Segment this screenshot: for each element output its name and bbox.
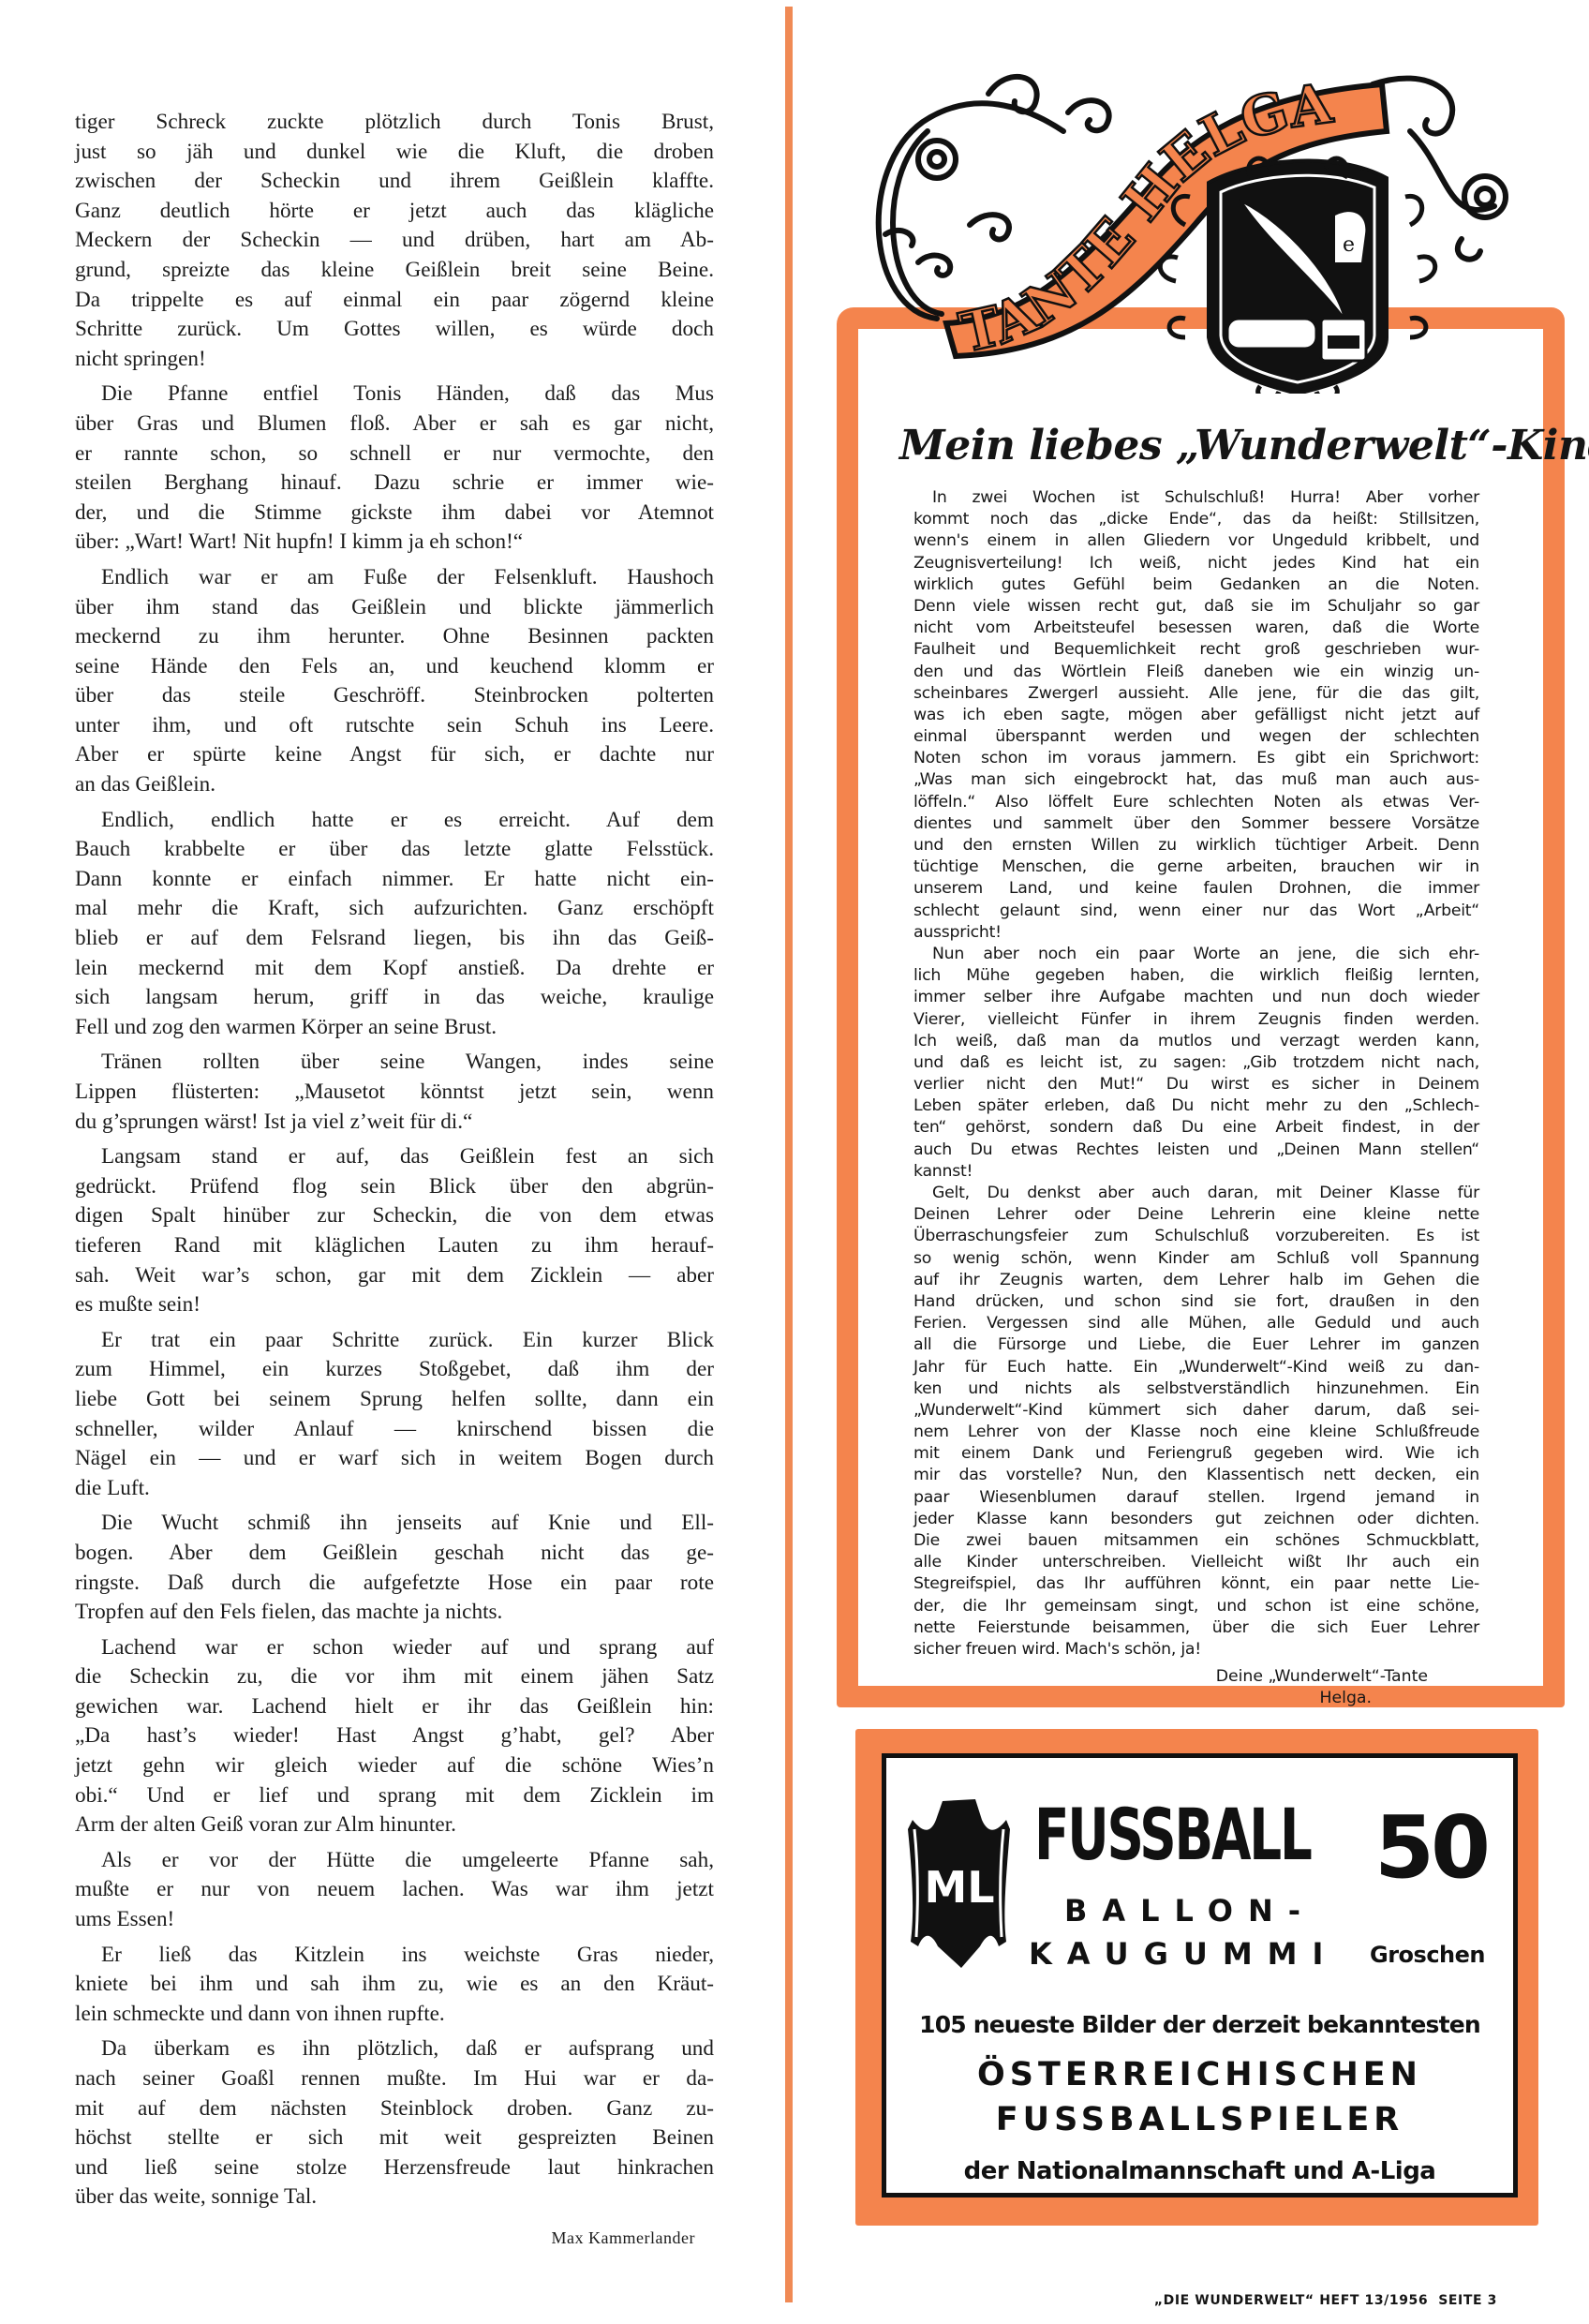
text-line: lein schmeckte und dann von ihnen rupfte… xyxy=(75,2000,714,2030)
text-line: all die Fürsorge und Liebe, die Euer Leh… xyxy=(913,1334,1479,1356)
text-line: die Luft. xyxy=(75,1474,714,1504)
text-line: Denn viele wissen recht gut, daß sie im … xyxy=(913,596,1479,618)
text-line: mit einem Dank und Feriengruß gegeben wi… xyxy=(913,1443,1479,1465)
paragraph: Lachend war er schon wieder auf und spra… xyxy=(75,1633,714,1840)
text-line: die Scheckin zu, die vor ihm mit einem j… xyxy=(75,1662,714,1692)
text-line: jeder Klasse kann besonders gut zeichnen… xyxy=(913,1509,1479,1530)
text-line: verlier nicht den Mut!“ Du wirst es sich… xyxy=(913,1074,1479,1095)
text-line: Da überkam es ihn plötzlich, daß er aufs… xyxy=(75,2034,714,2064)
text-line: den und das Wörtlein Fleiß daneben wie e… xyxy=(913,662,1479,683)
page-footer: „DIE WUNDERWELT“ HEFT 13/1956 SEITE 3 xyxy=(1154,2293,1497,2308)
text-line: nem Lehrer von der Klasse noch eine klei… xyxy=(913,1422,1479,1443)
text-line: zwischen der Scheckin und ihrem Geißlein… xyxy=(75,167,714,197)
text-line: nette Feierstunde beisammen, über die si… xyxy=(913,1617,1479,1639)
text-line: über das steile Geschröff. Steinbrocken … xyxy=(75,681,714,711)
paragraph: Endlich, endlich hatte er es erreicht. A… xyxy=(75,806,714,1043)
text-line: ken und nichts als selbstverständlich hi… xyxy=(913,1378,1479,1400)
text-line: zum Himmel, ein kurzes Stoßgebet, daß ih… xyxy=(75,1355,714,1385)
paragraph: Gelt, Du denkst aber auch daran, mit Dei… xyxy=(913,1183,1479,1661)
text-line: so wenig schön, wenn Kinder am Schluß vo… xyxy=(913,1248,1479,1270)
text-line: Leben später erleben, daß Du nicht mehr … xyxy=(913,1095,1479,1117)
text-line: du g’sprungen wärst! Ist ja viel z’weit … xyxy=(75,1108,714,1138)
text-line: blieb er auf dem Felsrand liegen, bis ih… xyxy=(75,924,714,954)
text-line: der, und die Stimme gickste ihm dabei vo… xyxy=(75,499,714,529)
text-line: ausspricht! xyxy=(913,922,1479,944)
letter-title: Mein liebes „Wunderwelt“-Kind! xyxy=(899,422,1490,469)
text-line: tieferen Rand mit kläglichen Lauten zu i… xyxy=(75,1231,714,1261)
text-line: mal mehr die Kraft, sich aufzurichten. G… xyxy=(75,894,714,924)
text-line: Noten schon im voraus jammern. Es gibt e… xyxy=(913,748,1479,769)
story-column: tiger Schreck zuckte plötzlich durch Ton… xyxy=(75,108,714,2254)
text-line: bogen. Aber dem Geißlein geschah nicht d… xyxy=(75,1539,714,1569)
text-line: schneller, wilder Anlauf — knirschend bi… xyxy=(75,1415,714,1445)
text-line: sich langsam herum, griff in das weiche,… xyxy=(75,983,714,1013)
text-line: wenn's einem in allen Gliedern vor Unged… xyxy=(913,530,1479,552)
ad-currency: Groschen xyxy=(1370,1942,1485,1968)
text-line: über ihm stand das Geißlein und blickte … xyxy=(75,593,714,623)
text-line: immer selber ihre Aufgabe machten und nu… xyxy=(913,987,1479,1008)
letter-body: In zwei Wochen ist Schulschluß! Hurra! A… xyxy=(913,487,1479,1710)
publication-info: „DIE WUNDERWELT“ HEFT 13/1956 xyxy=(1154,2293,1428,2308)
text-line: meckernd zu ihm herunter. Ohne Besinnen … xyxy=(75,622,714,652)
text-line: tüchtige Menschen, die gerne arbeiten, b… xyxy=(913,857,1479,878)
text-line: Aber er spürte keine Angst für sich, er … xyxy=(75,740,714,770)
text-line: Ganz deutlich hörte er jetzt auch das kl… xyxy=(75,197,714,227)
text-line: sicher freuen wird. Mach's schön, ja! xyxy=(913,1639,1479,1661)
text-line: liebe Gott bei seinem Sprung helfen soll… xyxy=(75,1385,714,1415)
text-line: Hand drücken, und schon sind sie fort, d… xyxy=(913,1291,1479,1313)
text-line: Die Wucht schmiß ihn jenseits auf Knie u… xyxy=(75,1509,714,1539)
text-line: In zwei Wochen ist Schulschluß! Hurra! A… xyxy=(913,487,1479,509)
advertisement-inner: ML FUSSBALL 50 BALLON- KAUGUMMI Groschen… xyxy=(882,1753,1518,2197)
text-line: Zeugnisverteilung! Ich weiß, nicht jedes… xyxy=(913,553,1479,574)
paragraph: Da überkam es ihn plötzlich, daß er aufs… xyxy=(75,2034,714,2212)
text-line: an das Geißlein. xyxy=(75,770,714,800)
text-line: Meckern der Scheckin — und drüben, hart … xyxy=(75,226,714,256)
ml-shield-logo-icon: ML xyxy=(905,1792,1013,1970)
text-line: digen Spalt hinüber zur Scheckin, die vo… xyxy=(75,1201,714,1231)
text-line: lich Mühe gegeben haben, die wirklich fl… xyxy=(913,965,1479,987)
signature-name: Helga. xyxy=(913,1688,1390,1709)
text-line: über Gras und Blumen floß. Aber er sah e… xyxy=(75,410,714,439)
text-line: Tränen rollten über seine Wangen, indes … xyxy=(75,1048,714,1078)
paragraph: Die Pfanne entfiel Tonis Händen, daß das… xyxy=(75,380,714,558)
ad-price: 50 xyxy=(1374,1805,1487,1891)
text-line: Nägel ein — und er warf sich in weitem B… xyxy=(75,1444,714,1474)
text-line: ums Essen! xyxy=(75,1905,714,1935)
text-line: der, die Ihr gemeinsam singt, und schon … xyxy=(913,1596,1479,1617)
text-line: Ich weiß, daß man da mutlos und verzagt … xyxy=(913,1031,1479,1052)
text-line: Als er vor der Hütte die umgeleerte Pfan… xyxy=(75,1846,714,1876)
text-line: Jahr für Euch hatte. Ein „Wunderwelt“-Ki… xyxy=(913,1357,1479,1378)
text-line: und daß es leicht ist, zu sagen: „Gib tr… xyxy=(913,1052,1479,1074)
text-line: dientes und sammelt über den Sommer bess… xyxy=(913,813,1479,835)
text-line: über das weite, sonnige Tal. xyxy=(75,2182,714,2212)
text-line: just so jäh und dunkel wie die Kluft, di… xyxy=(75,138,714,168)
text-line: kniete bei ihm und sah ihm zu, wie es an… xyxy=(75,1970,714,2000)
paragraph: Tränen rollten über seine Wangen, indes … xyxy=(75,1048,714,1137)
text-line: auf ihr Zeugnis warten, dem Lehrer halb … xyxy=(913,1270,1479,1291)
text-line: Faulheit und Bequemlichkeit recht groß g… xyxy=(913,639,1479,661)
text-line: nicht springen! xyxy=(75,345,714,375)
text-line: er rannte schon, so schnell er nur vermo… xyxy=(75,439,714,469)
text-line: „Was man sich eingebrockt hat, das muß m… xyxy=(913,769,1479,791)
paragraph: Als er vor der Hütte die umgeleerte Pfan… xyxy=(75,1846,714,1935)
text-line: mit auf dem nächsten Steinblock droben. … xyxy=(75,2094,714,2124)
text-line: auch Du etwas Rechtes leisten und „Deine… xyxy=(913,1140,1479,1161)
ad-headline-1: ÖSTERREICHISCHEN xyxy=(886,2056,1513,2093)
text-line: unserem Land, und keine faulen Drohnen, … xyxy=(913,878,1479,900)
text-line: es mußte sein! xyxy=(75,1290,714,1320)
text-line: und ließ seine stolze Herzensfreude laut… xyxy=(75,2153,714,2183)
text-line: Schritte zurück. Um Gottes willen, es wü… xyxy=(75,315,714,345)
text-line: „Da hast’s wieder! Hast Angst g’habt, ge… xyxy=(75,1721,714,1751)
text-line: grund, spreizte das kleine Geißlein brei… xyxy=(75,256,714,286)
svg-text:ML: ML xyxy=(924,1862,994,1913)
paragraph: Langsam stand er auf, das Geißlein fest … xyxy=(75,1142,714,1320)
letter-signature: Deine „Wunderwelt“-TanteHelga. xyxy=(913,1666,1479,1709)
text-line: mir das vorstelle? Nun, den Klassentisch… xyxy=(913,1465,1479,1486)
text-line: obi.“ Und er lief und sprang mit dem Zic… xyxy=(75,1781,714,1811)
text-line: was ich eben sagte, mögen aber gefälligs… xyxy=(913,705,1479,726)
advertisement: ML FUSSBALL 50 BALLON- KAUGUMMI Groschen… xyxy=(855,1729,1538,2226)
text-line: Vierer, vielleicht Fünfer in ihrem Zeugn… xyxy=(913,1009,1479,1031)
text-line: und den ernsten Willen zu wirklich tücht… xyxy=(913,835,1479,857)
text-line: löffeln.“ Also löffelt Eure schlechten N… xyxy=(913,792,1479,813)
text-line: schlecht gelaunt sind, wenn einer nur da… xyxy=(913,901,1479,922)
text-line: Langsam stand er auf, das Geißlein fest … xyxy=(75,1142,714,1172)
text-line: gewichen war. Lachend hielt er ihr das G… xyxy=(75,1692,714,1722)
text-line: über: „Wart! Wart! Nit hupfn! I kimm ja … xyxy=(75,528,714,558)
text-line: scheinbares Zwergerl aussieht. Alle jene… xyxy=(913,683,1479,705)
text-line: mußte er nur von neuem lachen. Was war i… xyxy=(75,1875,714,1905)
text-line: Nun aber noch ein paar Worte an jene, di… xyxy=(913,944,1479,965)
text-line: Dann konnte er einfach nimmer. Er hatte … xyxy=(75,865,714,895)
text-line: Bauch krabbelte er über das letzte glatt… xyxy=(75,835,714,865)
text-line: kannst! xyxy=(913,1161,1479,1183)
text-line: Da trippelte es auf einmal ein paar zöge… xyxy=(75,286,714,316)
tante-helga-banner-icon: TANTE HELGA e xyxy=(848,37,1522,394)
ad-product-name: FUSSBALL xyxy=(1034,1799,1311,1870)
ad-headline-2: FUSSBALLSPIELER xyxy=(886,2101,1513,2138)
page-number: SEITE 3 xyxy=(1438,2293,1497,2308)
text-line: Die Pfanne entfiel Tonis Händen, daß das… xyxy=(75,380,714,410)
ad-subline: der Nationalmannschaft und A-Liga xyxy=(886,2157,1513,2185)
text-line: ringste. Daß durch die aufgefetzte Hose … xyxy=(75,1569,714,1599)
column-divider xyxy=(785,7,793,2302)
text-line: sah. Weit war’s schon, gar mit dem Zickl… xyxy=(75,1261,714,1291)
text-line: Die zwei bauen mitsammen ein schönes Sch… xyxy=(913,1530,1479,1552)
svg-text:e: e xyxy=(1343,233,1355,257)
author-byline: Max Kammerlander xyxy=(75,2224,714,2254)
paragraph: Die Wucht schmiß ihn jenseits auf Knie u… xyxy=(75,1509,714,1627)
text-line: wirklich gutes Gefühl beim Gedanken an d… xyxy=(913,574,1479,596)
text-line: Tropfen auf den Fels fielen, das machte … xyxy=(75,1598,714,1628)
text-line: paar Wiesenblumen darauf stellen. Irgend… xyxy=(913,1487,1479,1509)
text-line: steilen Berghang hinauf. Dazu schrie er … xyxy=(75,469,714,499)
paragraph: Endlich war er am Fuße der Felsenkluft. … xyxy=(75,563,714,800)
text-line: lein meckernd mit dem Kopf anstieß. Da d… xyxy=(75,954,714,984)
ad-product-sub2: KAUGUMMI xyxy=(1029,1936,1338,1972)
text-line: Lachend war er schon wieder auf und spra… xyxy=(75,1633,714,1663)
paragraph: Er trat ein paar Schritte zurück. Ein ku… xyxy=(75,1326,714,1504)
text-line: „Wunderwelt“-Kind kümmert sich daher dar… xyxy=(913,1400,1479,1422)
text-line: Überraschungsfeier zum Schulschluß vorzu… xyxy=(913,1226,1479,1247)
text-line: seine Hände den Fels an, und keuchend kl… xyxy=(75,652,714,682)
paragraph: Nun aber noch ein paar Worte an jene, di… xyxy=(913,944,1479,1183)
text-line: Endlich war er am Fuße der Felsenkluft. … xyxy=(75,563,714,593)
text-line: Ferien. Vergessen sind alle Mühen, alle … xyxy=(913,1313,1479,1334)
text-line: Er ließ das Kitzlein ins weichste Gras n… xyxy=(75,1941,714,1971)
text-line: Er trat ein paar Schritte zurück. Ein ku… xyxy=(75,1326,714,1356)
paragraph: In zwei Wochen ist Schulschluß! Hurra! A… xyxy=(913,487,1479,944)
text-line: jetzt gehn wir gleich wieder auf die sch… xyxy=(75,1751,714,1781)
text-line: Gelt, Du denkst aber auch daran, mit Dei… xyxy=(913,1183,1479,1204)
paragraph: Er ließ das Kitzlein ins weichste Gras n… xyxy=(75,1941,714,2030)
ad-tagline: 105 neueste Bilder der derzeit bekanntes… xyxy=(886,2011,1513,2038)
text-line: Fell und zog den warmen Körper an seine … xyxy=(75,1013,714,1043)
text-line: Arm der alten Geiß voran zur Alm hinunte… xyxy=(75,1810,714,1840)
ad-product-sub1: BALLON- xyxy=(1064,1893,1315,1929)
paragraph: tiger Schreck zuckte plötzlich durch Ton… xyxy=(75,108,714,374)
text-line: gedrückt. Prüfend flog sein Blick über d… xyxy=(75,1172,714,1202)
text-line: tiger Schreck zuckte plötzlich durch Ton… xyxy=(75,108,714,138)
text-line: kommt noch das „dicke Ende“, das da heiß… xyxy=(913,509,1479,530)
text-line: einmal überspannt werden und wegen der s… xyxy=(913,726,1479,748)
text-line: Stegreifspiel, das Ihr aufführen könnt, … xyxy=(913,1573,1479,1595)
text-line: ten“ gehörst, sondern daß Du eine Arbeit… xyxy=(913,1117,1479,1139)
text-line: höchst stellte er sich mit weit gespreiz… xyxy=(75,2123,714,2153)
text-line: Lippen flüsterten: „Mausetot könntst jet… xyxy=(75,1078,714,1108)
text-line: nach seiner Goaßl rennen mußte. Im Hui w… xyxy=(75,2064,714,2094)
text-line: unter ihm, und oft rutschte sein Schuh i… xyxy=(75,711,714,741)
text-line: nicht vom Arbeitsteufel besessen waren, … xyxy=(913,618,1479,639)
text-line: Deinen Lehrer oder Deine Lehrerin eine k… xyxy=(913,1204,1479,1226)
text-line: Endlich, endlich hatte er es erreicht. A… xyxy=(75,806,714,836)
text-line: alle Kinder unterschreiben. Vielleicht w… xyxy=(913,1552,1479,1573)
signature-line: Deine „Wunderwelt“-Tante xyxy=(913,1666,1428,1688)
